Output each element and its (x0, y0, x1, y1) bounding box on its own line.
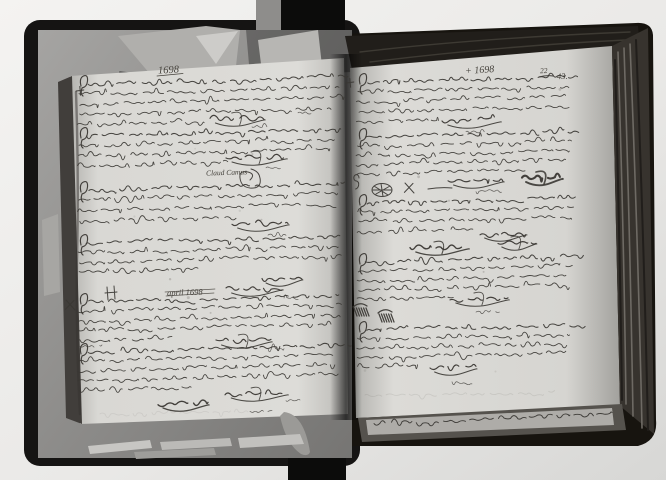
register-scan-image: 1698 april 1698 Claud Camus + 1698 22 43… (0, 0, 666, 480)
left-page-month-header: april 1698 (167, 287, 204, 298)
paper-speck (448, 200, 450, 202)
paper-speck (194, 148, 196, 150)
paper-speck (364, 369, 367, 372)
paper-speck (281, 97, 283, 99)
right-page-year-header: + 1698 (465, 64, 495, 77)
paper-speck (187, 296, 190, 299)
right-folio-old: 22 (540, 66, 548, 75)
paper-speck (483, 271, 485, 273)
paper-speck (495, 371, 497, 373)
paper-speck (559, 88, 562, 91)
paper-speck (239, 210, 241, 212)
paper-speck (417, 175, 420, 178)
paper-clip-fragment (42, 214, 60, 296)
paper-speck (260, 219, 262, 221)
paper-speck (133, 215, 135, 217)
right-page (350, 46, 620, 418)
paper-speck (210, 312, 212, 314)
paper-speck (251, 153, 253, 155)
scanned-register-document: 1698 april 1698 Claud Camus + 1698 22 43… (0, 0, 666, 480)
paper-speck (169, 278, 171, 280)
paper-speck (379, 117, 380, 118)
